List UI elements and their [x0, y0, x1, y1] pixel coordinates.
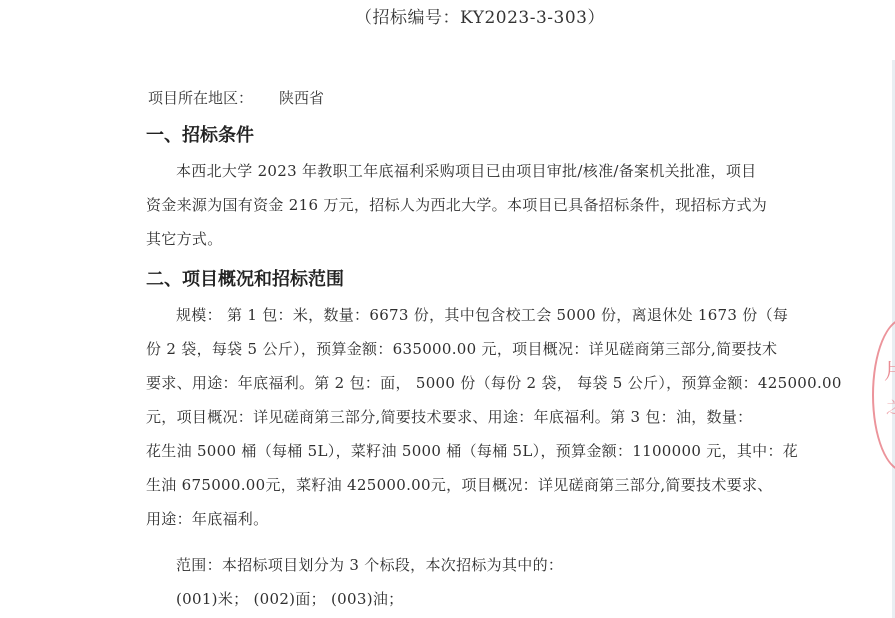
paragraph-line: 其它方式。 — [146, 222, 796, 256]
section-heading-project-overview: 二、项目概况和招标范围 — [146, 265, 344, 291]
scope-line: 范围：本招标项目划分为 3 个标段，本次招标为其中的： — [146, 548, 796, 582]
lots-line: (001)米； (002)面； (003)油； — [146, 582, 796, 616]
stamp-char: 片 — [884, 355, 895, 386]
paragraph-line: 要求、用途：年底福利。第 2 包：面， 5000 份（每份 2 袋， 每袋 5 … — [146, 366, 796, 400]
region-label: 项目所在地区： — [148, 89, 253, 107]
project-region: 项目所在地区：陕西省 — [148, 87, 324, 108]
paragraph-line: 资金来源为国有资金 216 万元，招标人为西北大学。本项目已具备招标条件，现招标… — [146, 188, 796, 222]
paragraph-line: 花生油 5000 桶（每桶 5L），菜籽油 5000 桶（每桶 5L），预算金额… — [146, 434, 796, 468]
paragraph-line: 规模： 第 1 包：米，数量：6673 份，其中包含校工会 5000 份，离退休… — [146, 298, 796, 332]
paragraph-line: 份 2 袋，每袋 5 公斤），预算金额：635000.00 元，项目概况：详见磋… — [146, 332, 796, 366]
region-value: 陕西省 — [279, 89, 324, 107]
paragraph-line: 用途：年底福利。 — [146, 502, 796, 536]
paragraph-line: 元，项目概况：详见磋商第三部分,简要技术要求、用途：年底福利。第 3 包：油，数… — [146, 400, 796, 434]
paragraph-line: 本西北大学 2023 年教职工年底福利采购项目已由项目审批/核准/备案机关批准，… — [146, 154, 796, 188]
project-scale-paragraph: 规模： 第 1 包：米，数量：6673 份，其中包含校工会 5000 份，离退休… — [146, 298, 796, 536]
scope-paragraph: 范围：本招标项目划分为 3 个标段，本次招标为其中的： (001)米； (002… — [146, 548, 796, 616]
paragraph-line: 生油 675000.00元，菜籽油 425000.00元，项目概况：详见磋商第三… — [146, 468, 796, 502]
tender-number: （招标编号：KY2023-3-303） — [355, 3, 605, 28]
stamp-char: 之 — [886, 395, 895, 418]
tender-conditions-paragraph: 本西北大学 2023 年教职工年底福利采购项目已由项目审批/核准/备案机关批准，… — [146, 154, 796, 256]
section-heading-tender-conditions: 一、招标条件 — [146, 121, 254, 147]
